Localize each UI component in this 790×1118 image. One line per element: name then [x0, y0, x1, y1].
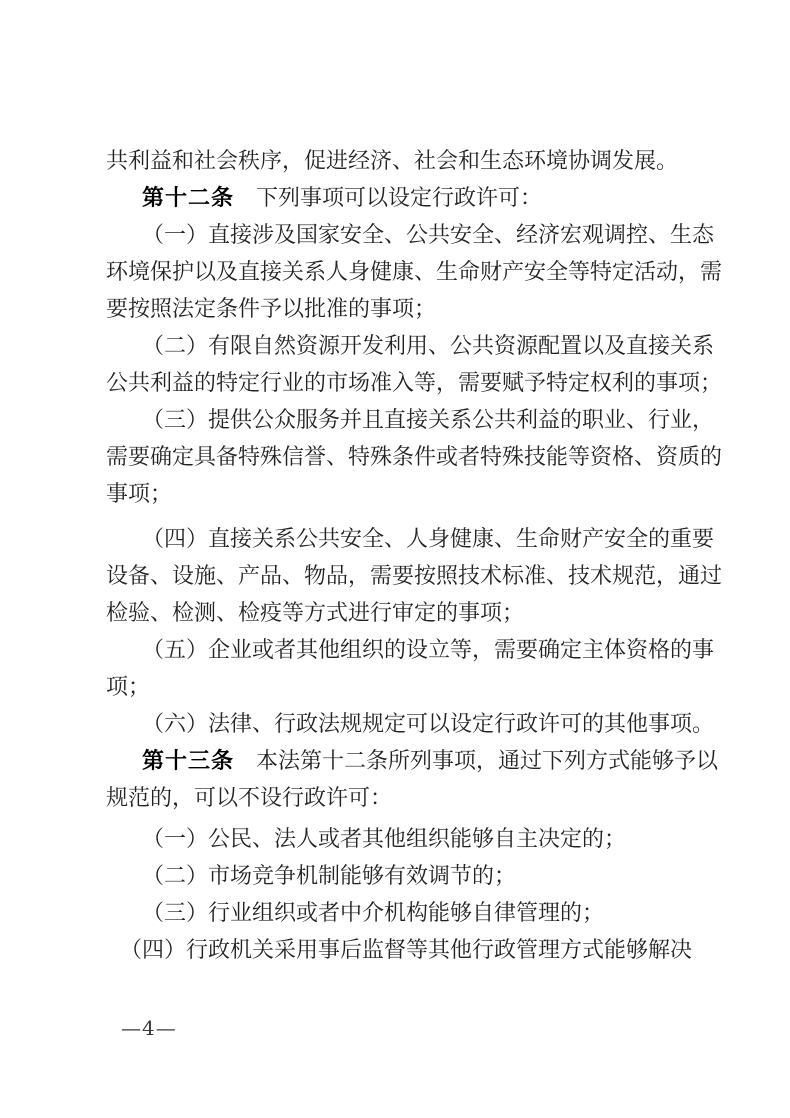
document-page: 共利益和社会秩序，促进经济、社会和生态环境协调发展。第十二条 下列事项可以设定行… [0, 0, 790, 1118]
text-segment: 要按照法定条件予以批准的事项； [106, 297, 436, 322]
text-segment: 下列事项可以设定行政许可： [234, 186, 542, 211]
text-segment: （二）市场竞争机制能够有效调节的； [142, 864, 516, 889]
text-line: （三）提供公众服务并且直接关系公共利益的职业、行业， [106, 402, 746, 439]
text-segment: 公共利益的特定行业的市场准入等，需要赋予特定权利的事项； [106, 371, 722, 396]
text-line: 检验、检测、检疫等方式进行审定的事项； [106, 595, 746, 632]
text-line: 要按照法定条件予以批准的事项； [106, 291, 746, 328]
document-text: 共利益和社会秩序，促进经济、社会和生态环境协调发展。第十二条 下列事项可以设定行… [106, 143, 746, 969]
text-line: （六）法律、行政法规规定可以设定行政许可的其他事项。 [106, 706, 746, 743]
text-line: （五）企业或者其他组织的设立等，需要确定主体资格的事 [106, 632, 746, 669]
text-line: 规范的，可以不设行政许可： [106, 780, 746, 817]
text-segment: （一）公民、法人或者其他组织能够自主决定的； [142, 827, 626, 852]
text-segment: （四）直接关系公共安全、人身健康、生命财产安全的重要 [142, 527, 714, 552]
text-line: （二）有限自然资源开发利用、公共资源配置以及直接关系 [106, 328, 746, 365]
text-line: （一）直接涉及国家安全、公共安全、经济宏观调控、生态 [106, 217, 746, 254]
page-number: —4— [121, 1016, 177, 1040]
text-segment: （六）法律、行政法规规定可以设定行政许可的其他事项。 [142, 712, 714, 737]
text-segment: （五）企业或者其他组织的设立等，需要确定主体资格的事 [142, 638, 714, 663]
text-line: 事项； [106, 476, 746, 513]
text-segment: 检验、检测、检疫等方式进行审定的事项； [106, 601, 524, 626]
text-line: （四）行政机关采用事后监督等其他行政管理方式能够解决 [106, 932, 746, 969]
text-line: （四）直接关系公共安全、人身健康、生命财产安全的重要 [106, 521, 746, 558]
text-segment: 需要确定具备特殊信誉、特殊条件或者特殊技能等资格、资质的 [106, 445, 722, 470]
text-line: 公共利益的特定行业的市场准入等，需要赋予特定权利的事项； [106, 365, 746, 402]
text-line: （一）公民、法人或者其他组织能够自主决定的； [106, 821, 746, 858]
article-number: 第十三条 [142, 749, 234, 774]
text-segment: （三）提供公众服务并且直接关系公共利益的职业、行业， [142, 408, 714, 433]
text-line: （三）行业组织或者中介机构能够自律管理的； [106, 895, 746, 932]
text-line: 共利益和社会秩序，促进经济、社会和生态环境协调发展。 [106, 143, 746, 180]
text-segment: 规范的，可以不设行政许可： [106, 786, 392, 811]
text-segment: （二）有限自然资源开发利用、公共资源配置以及直接关系 [142, 334, 714, 359]
text-segment: 共利益和社会秩序，促进经济、社会和生态环境协调发展。 [106, 149, 678, 174]
text-segment: （四）行政机关采用事后监督等其他行政管理方式能够解决 [120, 938, 692, 963]
text-line: （二）市场竞争机制能够有效调节的； [106, 858, 746, 895]
text-segment: 项； [106, 675, 150, 700]
text-line: 项； [106, 669, 746, 706]
text-segment: 本法第十二条所列事项，通过下列方式能够予以 [234, 749, 718, 774]
text-segment: （一）直接涉及国家安全、公共安全、经济宏观调控、生态 [142, 223, 714, 248]
text-line: 第十三条 本法第十二条所列事项，通过下列方式能够予以 [106, 743, 746, 780]
text-segment: （三）行业组织或者中介机构能够自律管理的； [142, 901, 604, 926]
text-line: 设备、设施、产品、物品，需要按照技术标准、技术规范，通过 [106, 558, 746, 595]
text-segment: 环境保护以及直接关系人身健康、生命财产安全等特定活动，需 [106, 260, 722, 285]
text-segment: 设备、设施、产品、物品，需要按照技术标准、技术规范，通过 [106, 564, 722, 589]
text-line: 第十二条 下列事项可以设定行政许可： [106, 180, 746, 217]
article-number: 第十二条 [142, 186, 234, 211]
text-line: 环境保护以及直接关系人身健康、生命财产安全等特定活动，需 [106, 254, 746, 291]
text-line: 需要确定具备特殊信誉、特殊条件或者特殊技能等资格、资质的 [106, 439, 746, 476]
text-segment: 事项； [106, 482, 172, 507]
